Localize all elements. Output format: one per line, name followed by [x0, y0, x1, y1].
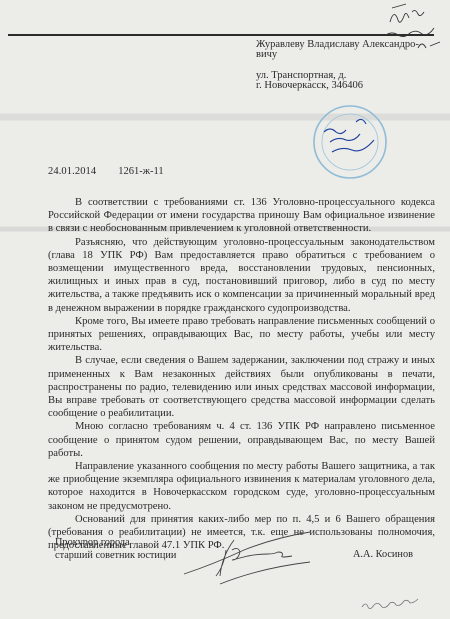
signatory-title: Прокурор города старший советник юстиции	[55, 537, 176, 562]
signatory-name: А.А. Косинов	[353, 549, 413, 562]
letter-body: В соответствии с требованиями ст. 136 Уг…	[48, 196, 435, 552]
paragraph-apology: В соответствии с требованиями ст. 136 Уг…	[48, 196, 435, 236]
addressee-city: г. Новочеркасск, 346406	[256, 81, 446, 91]
paragraph-rights: Разъясняю, что действующим уголовно-проц…	[48, 236, 435, 315]
paragraph-notification-right: Кроме того, Вы имеете право требовать на…	[48, 315, 435, 355]
handwritten-signature-icon	[180, 530, 340, 590]
official-stamp-icon	[310, 102, 390, 182]
document-date: 24.01.2014	[48, 166, 96, 177]
paragraph-media: В случае, если сведения о Вашем задержан…	[48, 354, 435, 420]
addressee-name-line1: Журавлеву Владиславу Александро-	[256, 40, 446, 50]
reference-number: 1261-ж-11	[118, 166, 163, 177]
signatory-title-line2: старший советник юстиции	[55, 550, 176, 563]
paragraph-workplace-notice: Мною согласно требованиям ч. 4 ст. 136 У…	[48, 420, 435, 460]
document-page: Журавлеву Владиславу Александро- вичу ул…	[0, 0, 450, 619]
addressee-name-line2: вичу	[256, 50, 446, 60]
paragraph-defender-notice: Направление указанного сообщения по мест…	[48, 460, 435, 513]
handwritten-bottom-note-icon	[360, 598, 420, 612]
header-rule	[8, 34, 434, 36]
date-reference-line: 24.01.2014 1261-ж-11	[48, 166, 164, 177]
signatory-title-line1: Прокурор города	[55, 537, 176, 550]
addressee-block: Журавлеву Владиславу Александро- вичу ул…	[256, 40, 446, 91]
